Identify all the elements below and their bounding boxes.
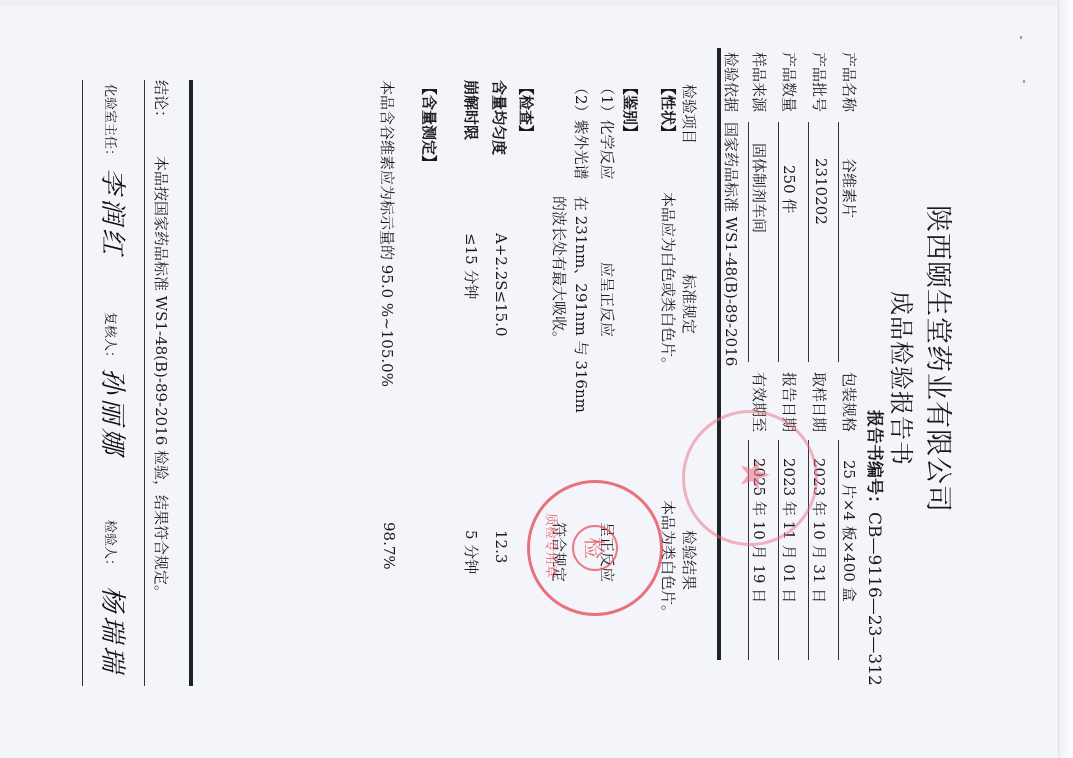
result-content-uniformity: 12.3 (492, 530, 510, 563)
inspector-signature: 杨瑞瑞 (96, 586, 133, 676)
label-batch-no: 产品批号 (809, 52, 830, 112)
qc-seal-stamp: 检 质检专用章 (527, 480, 663, 616)
conclusion-label: 结论： (151, 80, 172, 125)
report-number: 报告书编号：CB—9116—23—312 (864, 410, 889, 686)
reviewer-label: 复核人： (102, 312, 121, 364)
standard-uv-line1: 在 231nm、291nm 与 316nm (571, 196, 592, 413)
item-disintegration: 崩解时限 (461, 80, 482, 140)
conclusion-text: 本品按国家药品标准 WS1-48(B)-89-2016 检验，结果符合规定。 (151, 156, 172, 600)
star-icon: ★ (731, 457, 777, 493)
standard-content-uniformity: A+2.2S≤15.0 (492, 233, 510, 337)
reviewer-signature: 孙丽娜 (96, 368, 133, 458)
section-appearance: 【性状】 (658, 80, 679, 140)
value-quantity: 250 件 (779, 165, 800, 213)
document-title: 成品检验报告书 (886, 291, 921, 466)
value-sample-source: 固体制剂车间 (749, 143, 770, 233)
director-signature: 李润红 (96, 168, 133, 258)
label-package-spec: 包装规格 (839, 372, 860, 432)
header-standard: 标准规定 (679, 274, 700, 334)
underline (838, 122, 839, 362)
inspector-label: 检验人： (102, 520, 121, 572)
label-sample-source: 样品来源 (749, 52, 770, 112)
header-result: 检验结果 (679, 530, 700, 590)
value-package-spec: 25 片×4 板×400 盒 (839, 460, 860, 602)
standard-uv-line2: 的波长处有最大吸收。 (549, 196, 570, 346)
report-number-value: CB—9116—23—312 (864, 512, 884, 686)
standard-disintegration: ≤15 分钟 (461, 233, 482, 299)
label-product-name: 产品名称 (839, 52, 860, 112)
underline (748, 122, 749, 362)
label-quantity: 产品数量 (779, 52, 800, 112)
underline (838, 440, 839, 660)
standard-chem-reaction: 应呈正反应 (597, 262, 618, 337)
item-chem-reaction: （1）化学反应 (597, 80, 618, 180)
item-content-uniformity: 含量均匀度 (489, 80, 510, 155)
signature-rule (82, 80, 83, 686)
result-disintegration: 5 分钟 (461, 530, 482, 574)
company-name: 陕西颐生堂药业有限公司 (921, 205, 960, 513)
item-uv-spectrum: （2）紫外光谱 (571, 80, 592, 180)
company-seal-stamp: ★ (682, 410, 818, 546)
section-assay: 【含量测定】 (419, 80, 440, 170)
label-basis: 检验依据 (721, 52, 742, 112)
standard-assay: 本品含谷维素应为标示量的 95.0 %~105.0% (377, 80, 398, 387)
table-top-rule (717, 48, 721, 660)
value-basis: 国家药品标准 WS1-48(B)-89-2016 (721, 122, 742, 366)
value-product-name: 谷维素片 (839, 158, 860, 218)
qc-seal-bottom-text: 质检专用章 (543, 513, 562, 578)
value-batch-no: 2310202 (812, 158, 830, 225)
label-sampling-date: 取样日期 (809, 372, 830, 432)
section-inspection: 【检查】 (516, 80, 537, 140)
conclusion-rule (144, 80, 145, 686)
standard-appearance: 本品应为白色或类白色片。 (658, 192, 679, 372)
header-item: 检验项目 (679, 84, 700, 144)
director-label: 化验室主任： (102, 84, 121, 162)
inspection-report-page: 陕西颐生堂药业有限公司 成品检验报告书 报告书编号：CB—9116—23—312… (0, 0, 1073, 758)
section-identification: 【鉴别】 (620, 80, 641, 140)
underline (808, 122, 809, 362)
underline (778, 122, 779, 362)
result-assay: 98.7% (380, 522, 398, 570)
report-number-label: 报告书编号： (864, 410, 884, 512)
qc-seal-center: 检 (572, 525, 618, 571)
table-bottom-rule (189, 80, 193, 686)
